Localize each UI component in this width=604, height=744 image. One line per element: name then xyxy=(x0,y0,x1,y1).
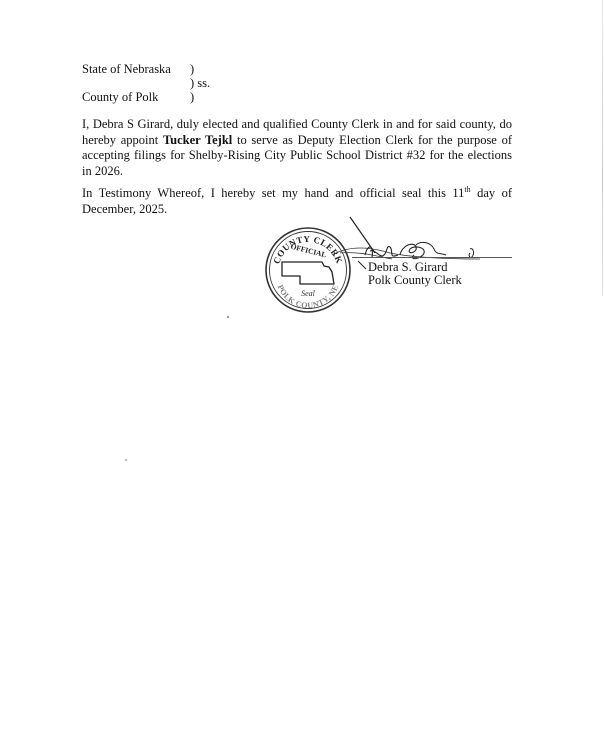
appointee-name: Tucker Tejkl xyxy=(163,133,232,147)
venue-state-label: State of Nebraska xyxy=(82,62,171,76)
signer-title: Polk County Clerk xyxy=(368,273,462,287)
venue-county-label: County of Polk xyxy=(82,90,158,104)
venue-ss: ) ss. xyxy=(190,76,210,90)
venue-state-paren: ) xyxy=(190,62,194,76)
venue-county-paren: ) xyxy=(190,90,194,104)
appointment-paragraph: I, Debra S Girard, duly elected and qual… xyxy=(82,117,512,179)
scan-speck xyxy=(125,459,127,461)
testimony-text-before: In Testimony Whereof, I hereby set my ha… xyxy=(82,186,464,200)
scan-speck xyxy=(227,316,229,318)
testimony-paragraph: In Testimony Whereof, I hereby set my ha… xyxy=(82,186,512,217)
signature-line xyxy=(352,257,512,258)
scan-edge-artifact xyxy=(602,0,603,296)
svg-text:Seal: Seal xyxy=(301,289,316,298)
document-page: State of Nebraska ) ) ss. County of Polk… xyxy=(0,0,604,744)
signer-name: Debra S. Girard xyxy=(368,260,448,274)
